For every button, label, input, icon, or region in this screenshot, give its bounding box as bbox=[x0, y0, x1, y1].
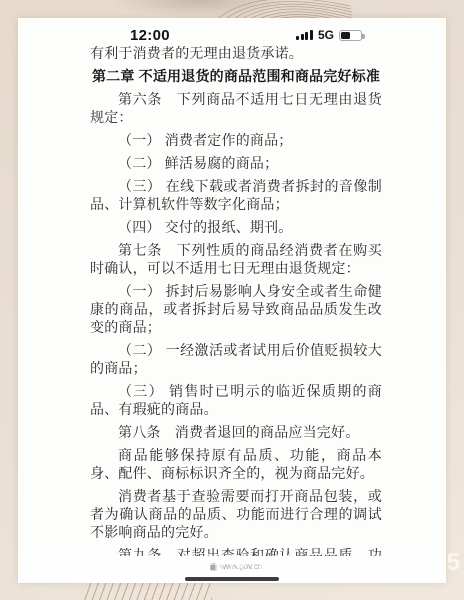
chapter-heading: 第二章 不适用退货的商品范围和商品完好标准 bbox=[90, 67, 382, 85]
watermark-text-right: 5 bbox=[447, 549, 462, 577]
doc-paragraph: （一） 拆封后易影响人身安全或者生命健康的商品，或者拆封后易导致商品品质发生改变… bbox=[90, 282, 382, 336]
curved-lines-decoration bbox=[212, 0, 352, 20]
status-time: 12:00 bbox=[130, 27, 170, 44]
phone-screenshot: 12:00 5G 有利于消费者的无理由退货承诺。第二章 不适用退货的商品范围和商… bbox=[18, 18, 446, 583]
battery-icon bbox=[339, 30, 362, 41]
doc-paragraph: （四） 交付的报纸、期刊。 bbox=[90, 218, 382, 236]
home-indicator[interactable] bbox=[185, 577, 279, 581]
battery-fill bbox=[341, 32, 350, 39]
battery-nub bbox=[362, 34, 365, 39]
govcn-url: www.gov.cn bbox=[220, 562, 262, 571]
photo-background: 12:00 5G 有利于消费者的无理由退货承诺。第二章 不适用退货的商品范围和商… bbox=[0, 0, 464, 600]
govcn-mark: www.gov.cn bbox=[210, 562, 262, 571]
network-type-label: 5G bbox=[318, 28, 334, 42]
doc-paragraph: 第六条 下列商品不适用七日无理由退货规定： bbox=[90, 90, 382, 126]
doc-paragraph: 第八条 消费者退回的商品应当完好。 bbox=[90, 423, 382, 441]
doc-paragraph: （三） 在线下载或者消费者拆封的音像制品、计算机软件等数字化商品； bbox=[90, 177, 382, 213]
doc-paragraph: 有利于消费者的无理由退货承诺。 bbox=[90, 44, 382, 62]
page-footer: www.gov.cn bbox=[18, 556, 446, 583]
govcn-emblem-icon bbox=[210, 563, 217, 571]
hatch-lines-decoration bbox=[84, 583, 212, 600]
doc-paragraph: （二） 鲜活易腐的商品； bbox=[90, 154, 382, 172]
cellular-signal-icon bbox=[296, 30, 313, 40]
doc-paragraph: 第七条 下列性质的商品经消费者在购买时确认，可以不适用七日无理由退货规定： bbox=[90, 241, 382, 277]
doc-paragraph: （二） 一经激活或者试用后价值贬损较大的商品； bbox=[90, 341, 382, 377]
doc-paragraph: （一） 消费者定作的商品； bbox=[90, 131, 382, 149]
document-body[interactable]: 有利于消费者的无理由退货承诺。第二章 不适用退货的商品范围和商品完好标准第六条 … bbox=[90, 44, 382, 583]
doc-paragraph: （三） 销售时已明示的临近保质期的商品、有瑕疵的商品。 bbox=[90, 382, 382, 418]
doc-paragraph: 消费者基于查验需要而打开商品包装，或者为确认商品的品质、功能而进行合理的调试不影… bbox=[90, 487, 382, 541]
doc-paragraph: 商品能够保持原有品质、功能，商品本身、配件、商标标识齐全的，视为商品完好。 bbox=[90, 446, 382, 482]
status-icons: 5G bbox=[296, 28, 362, 42]
status-bar: 12:00 5G bbox=[18, 18, 446, 44]
